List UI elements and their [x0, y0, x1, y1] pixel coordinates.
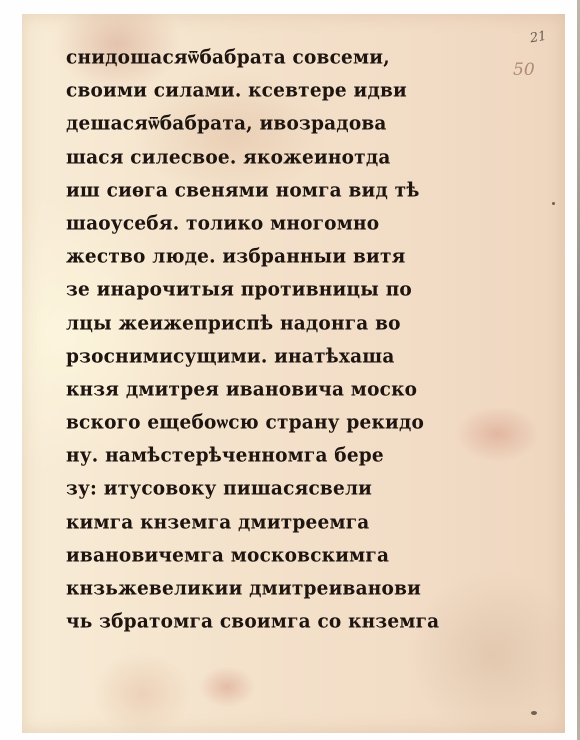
- manuscript-text: снидошасяѿбабрата совсеми, своими силами…: [66, 42, 486, 639]
- text-line: снидошасяѿбабрата совсеми,: [66, 42, 486, 75]
- ink-speck: [531, 711, 537, 715]
- folio-number-top: 21: [529, 29, 548, 47]
- text-line: дешасяѿбабрата, ивозрадова: [66, 108, 486, 141]
- text-line: ну. намѣстерѣченномга бере: [66, 440, 486, 473]
- text-line: зу: итусовоку пишасясвели: [66, 473, 486, 506]
- text-line: кнзя дмитрея ивановича моско: [66, 374, 486, 407]
- text-line: вского ещебоѡсю страну рекидо: [66, 407, 486, 440]
- text-line: жество люде. избранныи витя: [66, 241, 486, 274]
- text-line: рзоснимисущими. инатѣхаша: [66, 341, 486, 374]
- text-line: иш сиѳга свенями номга вид тѣ: [66, 175, 486, 208]
- text-line: шаоусебя. толико многомно: [66, 208, 486, 241]
- text-line: ивановичемга московскимга: [66, 540, 486, 573]
- ink-speck: [552, 202, 555, 205]
- page-viewport: 21 50 снидошасяѿбабрата совсеми, своими …: [0, 0, 580, 740]
- text-line: лцы жеижеприспѣ надонга во: [66, 308, 486, 341]
- manuscript-folio: 21 50 снидошасяѿбабрата совсеми, своими …: [22, 14, 565, 733]
- text-line: шася силесвое. якожеинотда: [66, 142, 486, 175]
- text-line: кимга кнземга дмитреемга: [66, 507, 486, 540]
- folio-number-pencil: 50: [513, 60, 535, 80]
- text-line: чь збратомга своимга со кнземга: [66, 606, 486, 639]
- text-line: кнзьжевеликии дмитреиванови: [66, 573, 486, 606]
- text-line: своими силами. ксевтере идви: [66, 75, 486, 108]
- text-line: зе инарочитыя противницы по: [66, 274, 486, 307]
